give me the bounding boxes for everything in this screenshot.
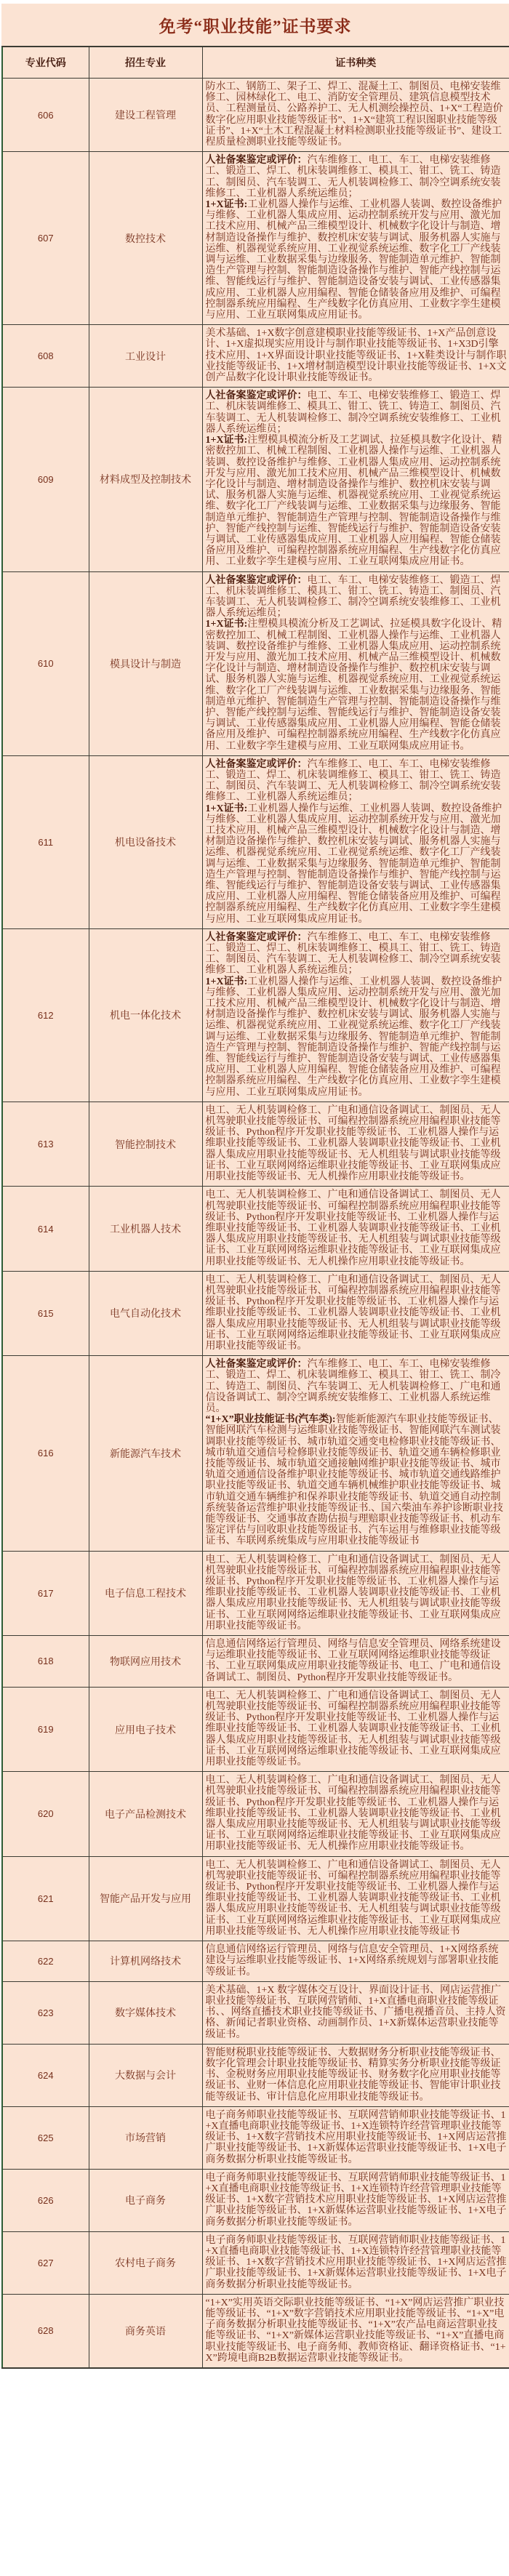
major-code-cell: 621: [2, 1856, 89, 1941]
table-row: 616新能源汽车技术人社备案鉴定或评价：汽车维修工、电工、车工、电梯安装维修工、…: [2, 1356, 509, 1551]
major-name-cell: 物联网应用技术: [89, 1636, 202, 1688]
certificate-list-text: 工业机器人操作与运维、工业机器人装调、数控设备维护与维修、工业机器人集成应用、运…: [206, 803, 502, 925]
certificate-category-label: 人社备案鉴定或评价：: [206, 575, 308, 586]
table-row: 611机电设备技术人社备案鉴定或评价：汽车维修工、电工、车工、电梯安装维修工、锻…: [2, 755, 509, 928]
certificate-types-cell: 人社备案鉴定或评价：电工、车工、电梯安装维修工、锻造工、焊工、机床装调维修工、模…: [202, 388, 509, 571]
major-name-cell: 数控技术: [89, 152, 202, 325]
major-code-cell: 606: [2, 79, 89, 152]
table-row: 617电子信息工程技术电工、无人机装调检修工、广电和通信设备调试工、制图员、无人…: [2, 1551, 509, 1635]
major-code-cell: 616: [2, 1356, 89, 1551]
major-name-cell: 工业设计: [89, 325, 202, 388]
certificate-list-text: 电工、无人机装调检修工、广电和通信设备调试工、制图员、无人机驾驶职业技能等级证书…: [206, 1860, 501, 1937]
certificate-list-text: 工业机器人操作与运维、工业机器人装调、数控设备维护与维修、工业机器人集成应用、运…: [206, 976, 502, 1098]
major-name-cell: 新能源汽车技术: [89, 1356, 202, 1551]
certificate-types-cell: 美术基础、1+X数字创意建模职业技能等级证书、1+X产品创意设计、1+X虚拟现实…: [202, 325, 509, 388]
major-name-cell: 智能产品开发与应用: [89, 1856, 202, 1941]
table-row: 607数控技术人社备案鉴定或评价：汽车维修工、电工、车工、电梯安装维修工、锻造工…: [2, 152, 509, 325]
certificate-types-cell: 电工、无人机装调检修工、广电和通信设备调试工、制图员、无人机驾驶职业技能等级证书…: [202, 1772, 509, 1856]
table-row: 627农村电子商务电子商务师职业技能等级证书、互联网营销师职业技能等级证书、1+…: [2, 2231, 509, 2294]
certificate-types-cell: 电工、无人机装调检修工、广电和通信设备调试工、制图员、无人机驾驶职业技能等级证书…: [202, 1687, 509, 1771]
major-code-cell: 618: [2, 1636, 89, 1688]
certificate-list-text: 美术基础、1+X数字创意建模职业技能等级证书、1+X产品创意设计、1+X虚拟现实…: [206, 328, 507, 383]
certificate-types-cell: 电工、无人机装调检修工、广电和通信设备调试工、制图员、无人机驾驶职业技能等级证书…: [202, 1856, 509, 1941]
major-code-cell: 608: [2, 325, 89, 388]
certificate-list-text: 信息通信网络运行管理员、网络与信息安全管理员、1+X网络系统建设与运维职业技能等…: [206, 1944, 499, 1977]
table-body: 606建设工程管理防水工、钢筋工、架子工、焊工、混凝土工、制图员、电梯安装维修工…: [2, 79, 509, 2369]
certificate-category-label: 人社备案鉴定或评价：: [206, 390, 308, 401]
certificate-requirements-table: 专业代码 招生专业 证书种类 606建设工程管理防水工、钢筋工、架子工、焊工、混…: [1, 46, 509, 2369]
major-code-cell: 609: [2, 388, 89, 571]
major-code-cell: 607: [2, 152, 89, 325]
major-code-cell: 613: [2, 1102, 89, 1186]
table-row: 620电子产品检测技术电工、无人机装调检修工、广电和通信设备调试工、制图员、无人…: [2, 1772, 509, 1856]
certificate-types-cell: “1+X”实用英语交际职业技能等级证书、“1+X”网店运营推广职业技能等级证书、…: [202, 2294, 509, 2368]
certificate-types-cell: 电子商务师职业技能等级证书、互联网营销师职业技能等级证书、1+X直播电商职业技能…: [202, 2231, 509, 2294]
major-code-cell: 622: [2, 1941, 89, 1982]
certificate-types-cell: 人社备案鉴定或评价：汽车维修工、电工、车工、电梯安装维修工、锻造工、焊工、机床装…: [202, 928, 509, 1102]
table-row: 613智能控制技术电工、无人机装调检修工、广电和通信设备调试工、制图员、无人机驾…: [2, 1102, 509, 1186]
certificate-list-text: 电子商务师职业技能等级证书、互联网营销师职业技能等级证书、1+X直播电商职业技能…: [206, 2235, 507, 2290]
major-code-cell: 610: [2, 571, 89, 755]
major-name-cell: 计算机网络技术: [89, 1941, 202, 1982]
major-code-cell: 626: [2, 2169, 89, 2231]
major-code-cell: 619: [2, 1687, 89, 1771]
major-name-cell: 市场营销: [89, 2106, 202, 2169]
major-code-cell: 620: [2, 1772, 89, 1856]
certificate-types-cell: 美术基础、1+X 数字媒体交互设计、界面设计证书、网店运营推广职业技能等级证书、…: [202, 1981, 509, 2044]
certificate-types-cell: 电工、无人机装调检修工、广电和通信设备调试工、制图员、无人机驾驶职业技能等级证书…: [202, 1102, 509, 1186]
certificate-list-text: 电工、无人机装调检修工、广电和通信设备调试工、制图员、无人机驾驶职业技能等级证书…: [206, 1189, 501, 1267]
certificate-types-cell: 人社备案鉴定或评价：电工、车工、电梯安装维修工、锻造工、焊工、机床装调维修工、模…: [202, 571, 509, 755]
column-header-major-code: 专业代码: [2, 47, 89, 79]
major-code-cell: 624: [2, 2044, 89, 2106]
major-name-cell: 电气自动化技术: [89, 1271, 202, 1355]
major-name-cell: 农村电子商务: [89, 2231, 202, 2294]
table-row: 628商务英语“1+X”实用英语交际职业技能等级证书、“1+X”网店运营推广职业…: [2, 2294, 509, 2368]
certificate-list-text: 电子商务师职业技能等级证书、互联网营销师职业技能等级证书、1+X直播电商职业技能…: [206, 2172, 507, 2228]
certificate-category-label: 1+X证书:: [206, 619, 248, 630]
certificate-types-cell: 电工、无人机装调检修工、广电和通信设备调试工、制图员、无人机驾驶职业技能等级证书…: [202, 1187, 509, 1271]
major-name-cell: 智能控制技术: [89, 1102, 202, 1186]
certificate-list-text: 注塑模具模流分析及工艺调试、拉延模具数字化设计、精密数控加工、机械工程制图、工业…: [206, 619, 502, 751]
certificate-category-label: 1+X证书:: [206, 199, 248, 210]
table-row: 615电气自动化技术电工、无人机装调检修工、广电和通信设备调试工、制图员、无人机…: [2, 1271, 509, 1355]
certificate-list-text: 信息通信网络运行管理员、网络与信息安全管理员、网络系统建设与运维职业技能等级证书…: [206, 1639, 501, 1683]
certificate-types-cell: 人社备案鉴定或评价：汽车维修工、电工、车工、电梯安装维修工、锻造工、焊工、机床装…: [202, 152, 509, 325]
major-code-cell: 623: [2, 1981, 89, 2044]
certificate-list-text: 电工、无人机装调检修工、广电和通信设备调试工、制图员、无人机驾驶职业技能等级证书…: [206, 1105, 501, 1182]
certificate-types-cell: 人社备案鉴定或评价：汽车维修工、电工、车工、电梯安装维修工、锻造工、焊工、机床装…: [202, 755, 509, 928]
major-code-cell: 614: [2, 1187, 89, 1271]
table-header-row: 专业代码 招生专业 证书种类: [2, 47, 509, 79]
certificate-category-label: “1+X”职业技能证书(汽车类):: [206, 1414, 336, 1425]
table-row: 606建设工程管理防水工、钢筋工、架子工、焊工、混凝土工、制图员、电梯安装维修工…: [2, 79, 509, 152]
major-name-cell: 电子产品检测技术: [89, 1772, 202, 1856]
table-row: 609材料成型及控制技术人社备案鉴定或评价：电工、车工、电梯安装维修工、锻造工、…: [2, 388, 509, 571]
certificate-list-text: 美术基础、1+X 数字媒体交互设计、界面设计证书、网店运营推广职业技能等级证书、…: [206, 1985, 506, 2040]
certificate-category-label: 1+X证书:: [206, 803, 248, 814]
major-code-cell: 627: [2, 2231, 89, 2294]
major-name-cell: 电子商务: [89, 2169, 202, 2231]
certificate-list-text: 智能财税职业技能等级证书、大数据财务分析职业技能等级证书、数字化管理会计职业技能…: [206, 2047, 501, 2103]
table-row: 614工业机器人技术电工、无人机装调检修工、广电和通信设备调试工、制图员、无人机…: [2, 1187, 509, 1271]
certificate-list-text: 智能新能源汽车职业技能等级证书、智能网联汽车检测与运维职业技能等级证书、智能网联…: [206, 1414, 504, 1546]
certificate-category-label: 人社备案鉴定或评价：: [206, 932, 308, 943]
certificate-category-label: 人社备案鉴定或评价：: [206, 759, 308, 770]
certificate-types-cell: 人社备案鉴定或评价：汽车维修工、电工、车工、电梯安装维修工、锻造工、焊工、机床装…: [202, 1356, 509, 1551]
certificate-list-text: “1+X”实用英语交际职业技能等级证书、“1+X”网店运营推广职业技能等级证书、…: [206, 2298, 506, 2364]
page-title: 免考“职业技能”证书要求: [1, 4, 509, 46]
certificate-category-label: 1+X证书:: [206, 976, 248, 987]
table-row: 622计算机网络技术信息通信网络运行管理员、网络与信息安全管理员、1+X网络系统…: [2, 1941, 509, 1982]
certificate-types-cell: 电子商务师职业技能等级证书、互联网营销师职业技能等级证书、1+X直播电商职业技能…: [202, 2106, 509, 2169]
certificate-types-cell: 信息通信网络运行管理员、网络与信息安全管理员、网络系统建设与运维职业技能等级证书…: [202, 1636, 509, 1688]
major-name-cell: 材料成型及控制技术: [89, 388, 202, 571]
certificate-list-text: 电子商务师职业技能等级证书、互联网营销师职业技能等级证书、1+X直播电商职业技能…: [206, 2110, 507, 2165]
major-code-cell: 615: [2, 1271, 89, 1355]
certificate-types-cell: 防水工、钢筋工、架子工、焊工、混凝土工、制图员、电梯安装维修工、园林绿化工、电工…: [202, 79, 509, 152]
major-name-cell: 模具设计与制造: [89, 571, 202, 755]
major-name-cell: 数字媒体技术: [89, 1981, 202, 2044]
major-name-cell: 商务英语: [89, 2294, 202, 2368]
major-name-cell: 建设工程管理: [89, 79, 202, 152]
major-name-cell: 机电一体化技术: [89, 928, 202, 1102]
certificate-list-text: 电工、无人机装调检修工、广电和通信设备调试工、制图员、无人机驾驶职业技能等级证书…: [206, 1775, 501, 1852]
certificate-types-cell: 电工、无人机装调检修工、广电和通信设备调试工、制图员、无人机驾驶职业技能等级证书…: [202, 1551, 509, 1635]
certificate-category-label: 人社备案鉴定或评价：: [206, 155, 308, 166]
major-code-cell: 628: [2, 2294, 89, 2368]
certificate-list-text: 防水工、钢筋工、架子工、焊工、混凝土工、制图员、电梯安装维修工、园林绿化工、电工…: [206, 81, 503, 148]
table-row: 619应用电子技术电工、无人机装调检修工、广电和通信设备调试工、制图员、无人机驾…: [2, 1687, 509, 1771]
certificate-types-cell: 电工、无人机装调检修工、广电和通信设备调试工、制图员、无人机驾驶职业技能等级证书…: [202, 1271, 509, 1355]
table-row: 625市场营销电子商务师职业技能等级证书、互联网营销师职业技能等级证书、1+X直…: [2, 2106, 509, 2169]
table-row: 608工业设计美术基础、1+X数字创意建模职业技能等级证书、1+X产品创意设计、…: [2, 325, 509, 388]
major-name-cell: 机电设备技术: [89, 755, 202, 928]
major-code-cell: 612: [2, 928, 89, 1102]
table-row: 621智能产品开发与应用电工、无人机装调检修工、广电和通信设备调试工、制图员、无…: [2, 1856, 509, 1941]
table-row: 618物联网应用技术信息通信网络运行管理员、网络与信息安全管理员、网络系统建设与…: [2, 1636, 509, 1688]
table-row: 612机电一体化技术人社备案鉴定或评价：汽车维修工、电工、车工、电梯安装维修工、…: [2, 928, 509, 1102]
certificate-category-label: 1+X证书:: [206, 435, 248, 446]
major-code-cell: 611: [2, 755, 89, 928]
certificate-types-cell: 信息通信网络运行管理员、网络与信息安全管理员、1+X网络系统建设与运维职业技能等…: [202, 1941, 509, 1982]
certificate-types-cell: 电子商务师职业技能等级证书、互联网营销师职业技能等级证书、1+X直播电商职业技能…: [202, 2169, 509, 2231]
document-page: 免考“职业技能”证书要求 专业代码 招生专业 证书种类 606建设工程管理防水工…: [0, 4, 509, 2369]
certificate-list-text: 电工、无人机装调检修工、广电和通信设备调试工、制图员、无人机驾驶职业技能等级证书…: [206, 1554, 501, 1632]
major-name-cell: 应用电子技术: [89, 1687, 202, 1771]
major-code-cell: 617: [2, 1551, 89, 1635]
certificate-list-text: 工业机器人操作与运维、工业机器人装调、数控设备维护与维修、工业机器人集成应用、运…: [206, 199, 502, 321]
major-name-cell: 大数据与会计: [89, 2044, 202, 2106]
certificate-list-text: 电工、无人机装调检修工、广电和通信设备调试工、制图员、无人机驾驶职业技能等级证书…: [206, 1275, 501, 1352]
certificate-list-text: 电工、无人机装调检修工、广电和通信设备调试工、制图员、无人机驾驶职业技能等级证书…: [206, 1690, 501, 1768]
table-row: 610模具设计与制造人社备案鉴定或评价：电工、车工、电梯安装维修工、锻造工、焊工…: [2, 571, 509, 755]
major-name-cell: 电子信息工程技术: [89, 1551, 202, 1635]
major-code-cell: 625: [2, 2106, 89, 2169]
column-header-enrollment-major: 招生专业: [89, 47, 202, 79]
column-header-certificate-type: 证书种类: [202, 47, 509, 79]
table-row: 623数字媒体技术美术基础、1+X 数字媒体交互设计、界面设计证书、网店运营推广…: [2, 1981, 509, 2044]
certificate-category-label: 人社备案鉴定或评价：: [206, 1359, 308, 1370]
table-row: 624大数据与会计智能财税职业技能等级证书、大数据财务分析职业技能等级证书、数字…: [2, 2044, 509, 2106]
table-row: 626电子商务电子商务师职业技能等级证书、互联网营销师职业技能等级证书、1+X直…: [2, 2169, 509, 2231]
certificate-types-cell: 智能财税职业技能等级证书、大数据财务分析职业技能等级证书、数字化管理会计职业技能…: [202, 2044, 509, 2106]
certificate-list-text: 注塑模具模流分析及工艺调试、拉延模具数字化设计、精密数控加工、机械工程制图、工业…: [206, 435, 502, 567]
major-name-cell: 工业机器人技术: [89, 1187, 202, 1271]
